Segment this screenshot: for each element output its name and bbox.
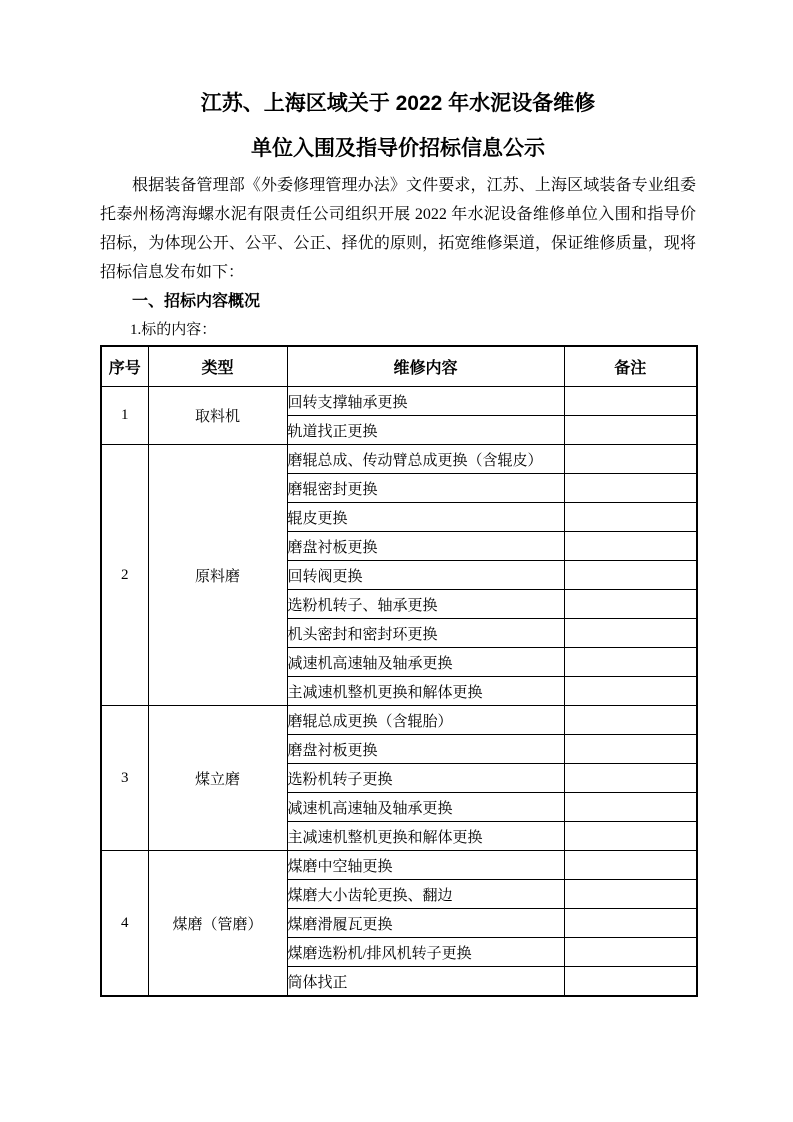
cell-repair-content: 主减速机整机更换和解体更换 — [287, 677, 564, 706]
cell-repair-content: 回转阀更换 — [287, 561, 564, 590]
cell-serial-number: 3 — [101, 706, 148, 851]
cell-remark — [564, 880, 697, 909]
cell-repair-content: 主减速机整机更换和解体更换 — [287, 822, 564, 851]
cell-repair-content: 筒体找正 — [287, 967, 564, 997]
cell-repair-content: 辊皮更换 — [287, 503, 564, 532]
cell-repair-content: 煤磨大小齿轮更换、翻边 — [287, 880, 564, 909]
cell-remark — [564, 735, 697, 764]
cell-repair-content: 磨盘衬板更换 — [287, 532, 564, 561]
cell-remark — [564, 503, 697, 532]
cell-repair-content: 煤磨滑履瓦更换 — [287, 909, 564, 938]
cell-remark — [564, 851, 697, 880]
cell-serial-number: 2 — [101, 445, 148, 706]
header-content: 维修内容 — [287, 346, 564, 387]
section-heading: 一、招标内容概况 — [100, 287, 696, 316]
cell-repair-content: 煤磨中空轴更换 — [287, 851, 564, 880]
cell-repair-content: 磨辊密封更换 — [287, 474, 564, 503]
subsection-label: 1.标的内容： — [100, 316, 696, 345]
cell-remark — [564, 416, 697, 445]
cell-remark — [564, 445, 697, 474]
cell-remark — [564, 909, 697, 938]
header-no: 序号 — [101, 346, 148, 387]
cell-equipment-type: 取料机 — [148, 387, 287, 445]
table-row: 3煤立磨磨辊总成更换（含辊胎） — [101, 706, 697, 735]
cell-remark — [564, 822, 697, 851]
table-row: 2原料磨磨辊总成、传动臂总成更换（含辊皮） — [101, 445, 697, 474]
cell-remark — [564, 967, 697, 997]
cell-repair-content: 机头密封和密封环更换 — [287, 619, 564, 648]
cell-remark — [564, 532, 697, 561]
cell-repair-content: 轨道找正更换 — [287, 416, 564, 445]
document-content: 江苏、上海区域关于 2022 年水泥设备维修 单位入围及指导价招标信息公示 根据… — [100, 0, 696, 997]
cell-remark — [564, 648, 697, 677]
cell-repair-content: 磨辊总成更换（含辊胎） — [287, 706, 564, 735]
cell-remark — [564, 938, 697, 967]
document-title: 江苏、上海区域关于 2022 年水泥设备维修 单位入围及指导价招标信息公示 — [100, 81, 696, 171]
cell-repair-content: 磨盘衬板更换 — [287, 735, 564, 764]
cell-equipment-type: 煤磨（管磨） — [148, 851, 287, 997]
cell-remark — [564, 474, 697, 503]
cell-repair-content: 减速机高速轴及轴承更换 — [287, 793, 564, 822]
cell-remark — [564, 793, 697, 822]
cell-repair-content: 减速机高速轴及轴承更换 — [287, 648, 564, 677]
table-body: 1取料机回转支撑轴承更换轨道找正更换2原料磨磨辊总成、传动臂总成更换（含辊皮）磨… — [101, 387, 697, 997]
cell-remark — [564, 590, 697, 619]
header-remark: 备注 — [564, 346, 697, 387]
table-row: 4煤磨（管磨）煤磨中空轴更换 — [101, 851, 697, 880]
cell-repair-content: 回转支撑轴承更换 — [287, 387, 564, 416]
cell-remark — [564, 706, 697, 735]
cell-serial-number: 4 — [101, 851, 148, 997]
cell-remark — [564, 619, 697, 648]
cell-remark — [564, 561, 697, 590]
document-page: 江苏、上海区域关于 2022 年水泥设备维修 单位入围及指导价招标信息公示 根据… — [0, 0, 793, 1122]
cell-repair-content: 选粉机转子、轴承更换 — [287, 590, 564, 619]
table-header-row: 序号 类型 维修内容 备注 — [101, 346, 697, 387]
cell-repair-content: 煤磨选粉机/排风机转子更换 — [287, 938, 564, 967]
bid-content-table: 序号 类型 维修内容 备注 1取料机回转支撑轴承更换轨道找正更换2原料磨磨辊总成… — [100, 345, 698, 997]
cell-repair-content: 选粉机转子更换 — [287, 764, 564, 793]
cell-remark — [564, 764, 697, 793]
cell-remark — [564, 387, 697, 416]
cell-serial-number: 1 — [101, 387, 148, 445]
title-line-1: 江苏、上海区域关于 2022 年水泥设备维修 — [100, 81, 696, 126]
cell-equipment-type: 原料磨 — [148, 445, 287, 706]
title-line-2: 单位入围及指导价招标信息公示 — [100, 126, 696, 171]
table-row: 1取料机回转支撑轴承更换 — [101, 387, 697, 416]
cell-repair-content: 磨辊总成、传动臂总成更换（含辊皮） — [287, 445, 564, 474]
header-type: 类型 — [148, 346, 287, 387]
cell-remark — [564, 677, 697, 706]
intro-paragraph: 根据装备管理部《外委修理管理办法》文件要求，江苏、上海区域装备专业组委托泰州杨湾… — [100, 171, 696, 287]
cell-equipment-type: 煤立磨 — [148, 706, 287, 851]
